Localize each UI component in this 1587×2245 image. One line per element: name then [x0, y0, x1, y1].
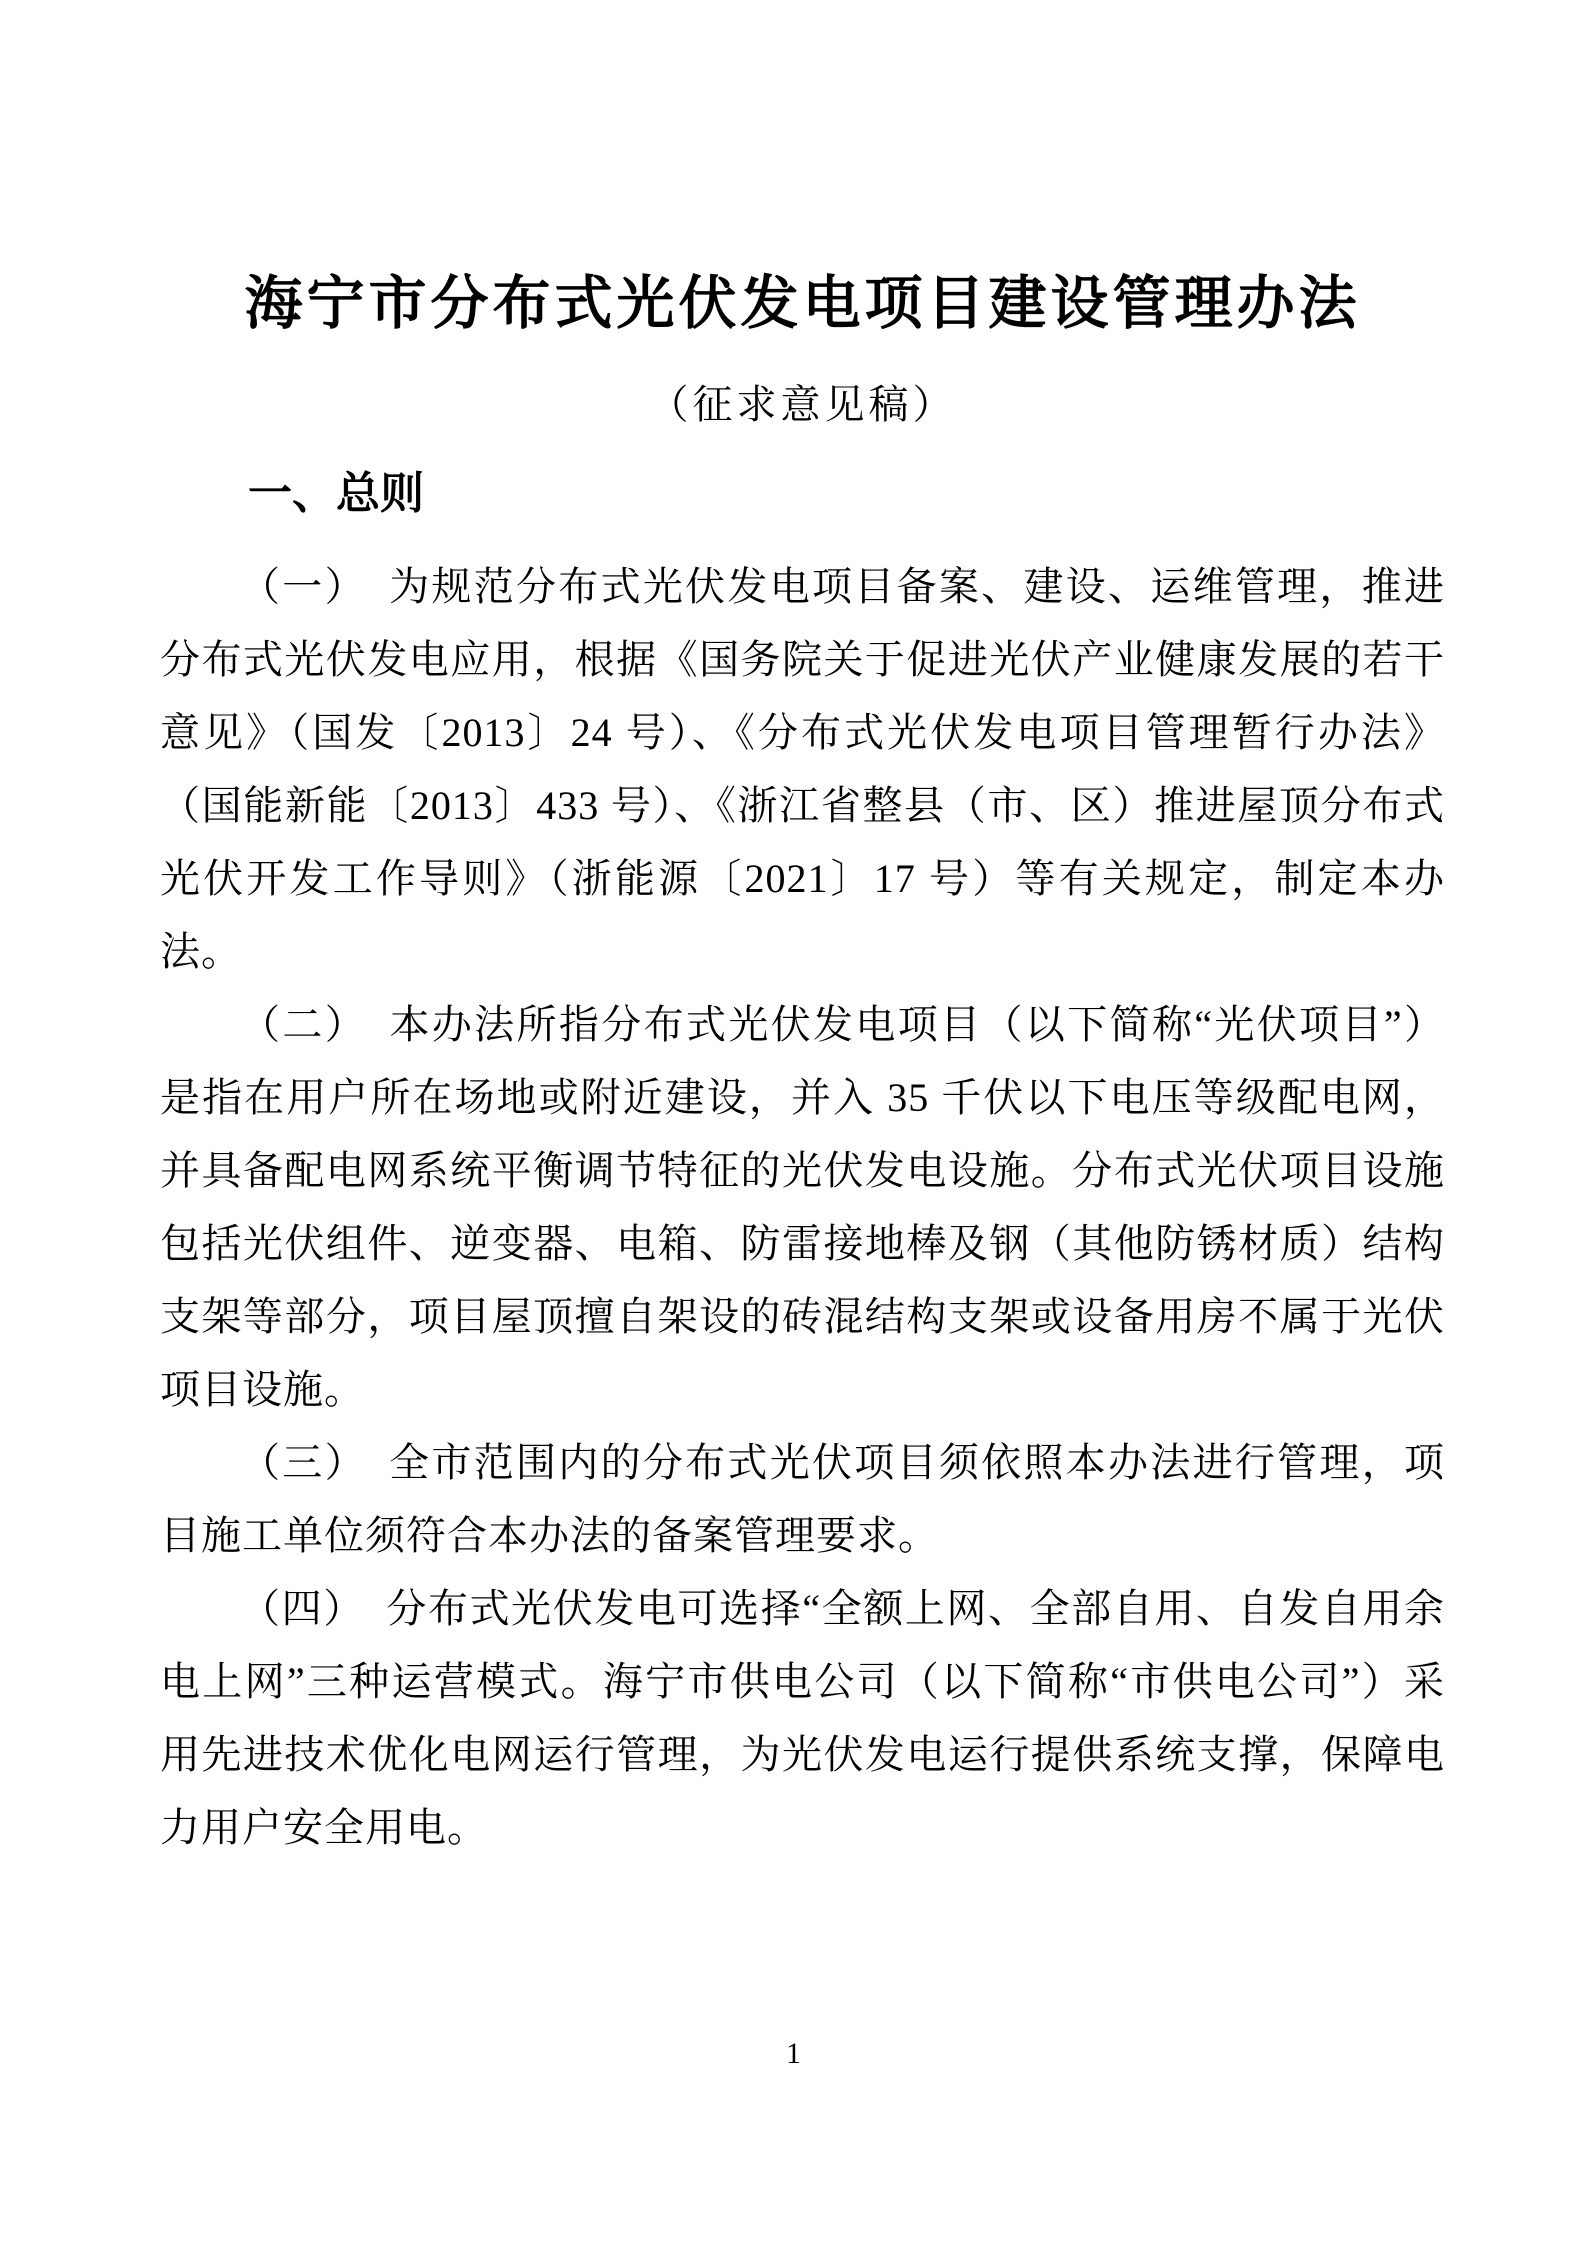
paragraph-4: （四） 分布式光伏发电可选择“全额上网、全部自用、自发自用余电上网”三种运营模式…	[160, 1572, 1445, 1864]
paragraph-2: （二） 本办法所指分布式光伏发电项目（以下简称“光伏项目”）是指在用户所在场地或…	[160, 988, 1445, 1426]
section-heading: 一、总则	[160, 465, 1445, 522]
document-title: 海宁市分布式光伏发电项目建设管理办法	[160, 268, 1445, 341]
page-number: 1	[0, 2036, 1587, 2072]
document-subtitle: （征求意见稿）	[160, 379, 1445, 431]
document-page: 海宁市分布式光伏发电项目建设管理办法 （征求意见稿） 一、总则 （一） 为规范分…	[0, 0, 1587, 2245]
paragraph-3: （三） 全市范围内的分布式光伏项目须依照本办法进行管理，项目施工单位须符合本办法…	[160, 1426, 1445, 1572]
paragraph-1: （一） 为规范分布式光伏发电项目备案、建设、运维管理，推进分布式光伏发电应用，根…	[160, 550, 1445, 988]
document-body: （一） 为规范分布式光伏发电项目备案、建设、运维管理，推进分布式光伏发电应用，根…	[160, 550, 1445, 1864]
